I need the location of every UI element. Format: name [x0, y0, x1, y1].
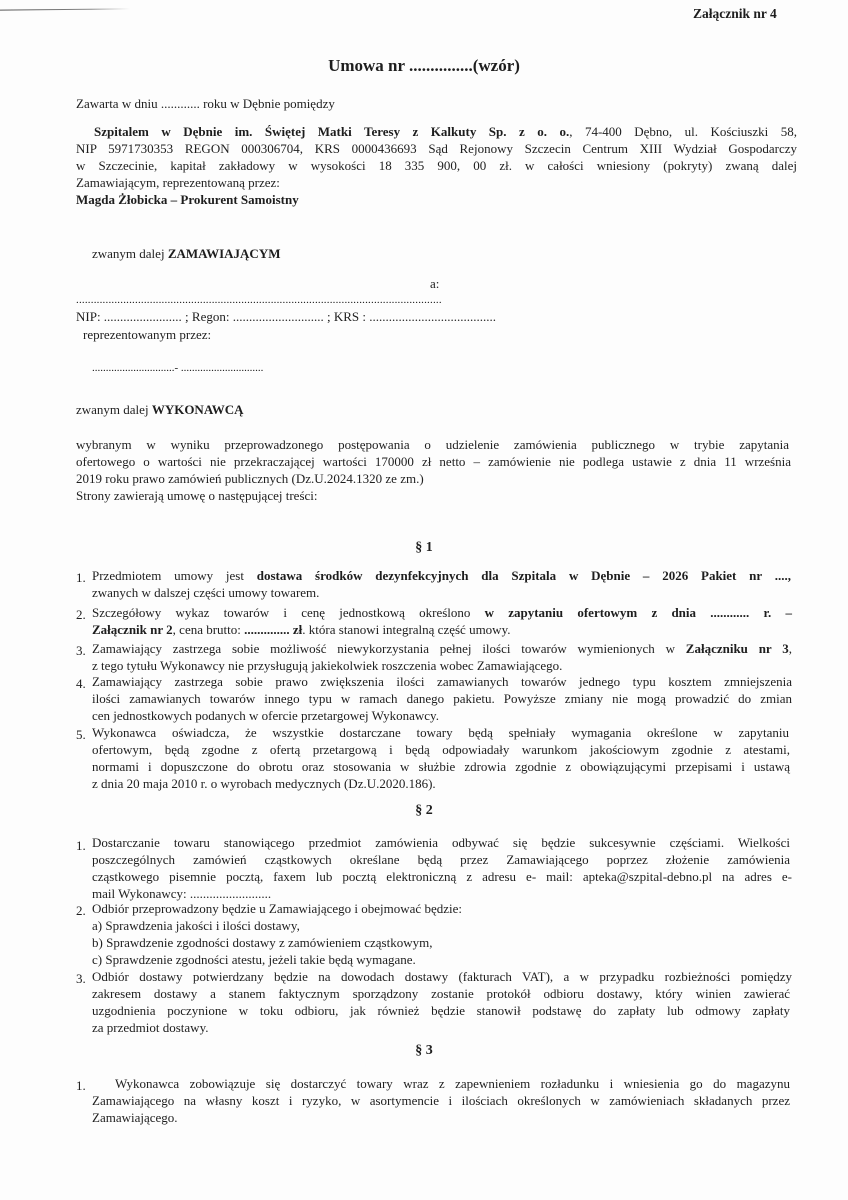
annex-label: Załącznik nr 4 — [693, 6, 777, 22]
item-number: 4. — [76, 676, 86, 692]
ordering-party-line-1: Szpitalem w Dębnie im. Świętej Matki Ter… — [94, 124, 797, 139]
item-inquiry-bold: w zapytaniu ofertowym z dnia ...........… — [485, 605, 792, 620]
sub-letter: c) — [92, 952, 102, 967]
sub-letter: b) — [92, 935, 103, 950]
called-zamawiajacym: ZAMAWIAJĄCYM — [168, 246, 281, 261]
item-line: uzgodnienia poczynione w toku odbioru, j… — [92, 1003, 790, 1018]
document-title: Umowa nr ...............(wzór) — [0, 56, 848, 76]
section-heading-3: § 3 — [0, 1043, 848, 1059]
item-number: 1. — [76, 570, 86, 586]
item-subject-bold: dostawa środków dezynfekcyjnych dla Szpi… — [257, 568, 791, 583]
item-line: Wykonawca oświadcza, że wszystkie dostar… — [92, 725, 789, 740]
item-number: 5. — [76, 727, 86, 743]
item-text: . która stanowi integralną część umowy. — [302, 622, 510, 637]
and-label: a: — [430, 276, 439, 291]
contractor-called: zwanym dalej WYKONAWCĄ — [76, 402, 244, 417]
item-number: 2. — [76, 903, 86, 919]
selection-line: 2019 roku prawo zamówień publicznych (Dz… — [76, 471, 424, 486]
ordering-party-line-4: Zamawiającym, reprezentowaną przez: — [76, 175, 280, 190]
item-line: zwanych w dalszej części umowy towarem. — [92, 585, 319, 600]
item-text: Przedmiotem umowy jest — [92, 568, 257, 583]
item-line: Szczegółowy wykaz towarów i cenę jednost… — [92, 605, 792, 620]
item-text: Szczegółowy wykaz towarów i cenę jednost… — [92, 605, 485, 620]
item-line: Zamawiający zastrzega sobie możliwość ni… — [92, 641, 792, 656]
item-line: normami i dopuszczone do obrotu oraz sto… — [92, 759, 790, 774]
annex-2-ref: Załącznik nr 2 — [92, 622, 173, 637]
contractor-represented-by: reprezentowanym przez: — [83, 327, 211, 342]
item-line[interactable]: mail Wykonawcy: ........................… — [92, 886, 271, 901]
item-line: Zamawiający zastrzega sobie prawo zwięks… — [92, 674, 792, 689]
ordering-party-address: , 74-400 Dębno, ul. Kościuszki 58, — [569, 124, 797, 139]
selection-line: ofertowego o wartości nie przekraczające… — [76, 454, 791, 469]
item-line: Odbiór przeprowadzony będzie u Zamawiają… — [92, 901, 462, 916]
item-text: , cena brutto: — [173, 622, 244, 637]
item-line: Zamawiającego na własny koszt i ryzyko, … — [92, 1093, 790, 1108]
sub-item-a: a) Sprawdzenia jakości i ilości dostawy, — [92, 918, 300, 933]
item-line: z tego tytułu Wykonawcy nie przysługują … — [92, 658, 562, 673]
sub-text: Sprawdzenia jakości i ilości dostawy, — [105, 918, 299, 933]
item-text: , — [789, 641, 792, 656]
called-wykonawca: WYKONAWCĄ — [152, 402, 244, 417]
item-line: Wykonawca zobowiązuje się dostarczyć tow… — [115, 1076, 790, 1091]
ordering-party-representative: Magda Żłobicka – Prokurent Samoistny — [76, 192, 299, 207]
item-line: zakresem dostawy a stanem faktycznym spo… — [92, 986, 790, 1001]
item-line: Przedmiotem umowy jest dostawa środków d… — [92, 568, 791, 583]
section-heading-2: § 2 — [0, 803, 848, 819]
item-line: z dnia 20 maja 2010 r. o wyrobach medycz… — [92, 776, 436, 791]
ordering-party-name: Szpitalem w Dębnie im. Świętej Matki Ter… — [94, 124, 569, 139]
item-line: ofertowym, będą zgodne z ofertą przetarg… — [92, 742, 790, 757]
item-line: Załącznik nr 2, cena brutto: ...........… — [92, 622, 510, 637]
item-number: 2. — [76, 607, 86, 623]
scan-edge-line — [0, 8, 130, 10]
ordering-party-line-2: NIP 5971730353 REGON 000306704, KRS 0000… — [76, 141, 797, 156]
item-number: 1. — [76, 1078, 86, 1094]
called-prefix: zwanym dalej — [76, 402, 152, 417]
item-line: Dostarczanie towaru stanowiącego przedmi… — [92, 835, 790, 850]
contractor-representative-blank[interactable]: ..............................- ........… — [92, 361, 263, 376]
sub-item-c: c) Sprawdzenie zgodności atestu, jeżeli … — [92, 952, 416, 967]
annex-3-ref: Załączniku nr 3 — [686, 641, 789, 656]
contractor-name-blank[interactable]: ........................................… — [76, 293, 442, 308]
item-line: Zamawiającego. — [92, 1110, 178, 1125]
called-prefix: zwanym dalej — [92, 246, 168, 261]
item-line: Odbiór dostawy potwierdzany będzie na do… — [92, 969, 792, 984]
item-number: 1. — [76, 838, 86, 854]
sub-letter: a) — [92, 918, 102, 933]
ordering-party-line-3: w Szczecinie, kapitał zakładowy w wysoko… — [76, 158, 797, 173]
item-line: cen jednostkowych podanych w ofercie prz… — [92, 708, 439, 723]
ordering-party-called: zwanym dalej ZAMAWIAJĄCYM — [92, 246, 280, 261]
item-line: poszczególnych zamówień cząstkowych okre… — [92, 852, 790, 867]
selection-line: Strony zawierają umowę o następującej tr… — [76, 488, 318, 503]
gross-price-blank[interactable]: .............. zł — [244, 622, 302, 637]
item-line: za przedmiot dostawy. — [92, 1020, 208, 1035]
item-number: 3. — [76, 643, 86, 659]
sub-text: Sprawdzenie zgodności atestu, jeżeli tak… — [105, 952, 415, 967]
selection-line: wybranym w wyniku przeprowadzonego postę… — [76, 437, 789, 452]
item-text: Zamawiający zastrzega sobie możliwość ni… — [92, 641, 686, 656]
item-line: ilości zamawianych towarów innego typu w… — [92, 691, 792, 706]
item-line: cząstkowego pisemnie pocztą, faxem lub p… — [92, 869, 792, 884]
contractor-ids-line[interactable]: NIP: ........................ ; Regon: .… — [76, 309, 496, 324]
section-heading-1: § 1 — [0, 540, 848, 556]
sub-text: Sprawdzenie zgodności dostawy z zamówien… — [106, 935, 432, 950]
sub-item-b: b) Sprawdzenie zgodności dostawy z zamów… — [92, 935, 432, 950]
concluded-line: Zawarta w dniu ............ roku w Dębni… — [76, 96, 335, 111]
item-number: 3. — [76, 971, 86, 987]
